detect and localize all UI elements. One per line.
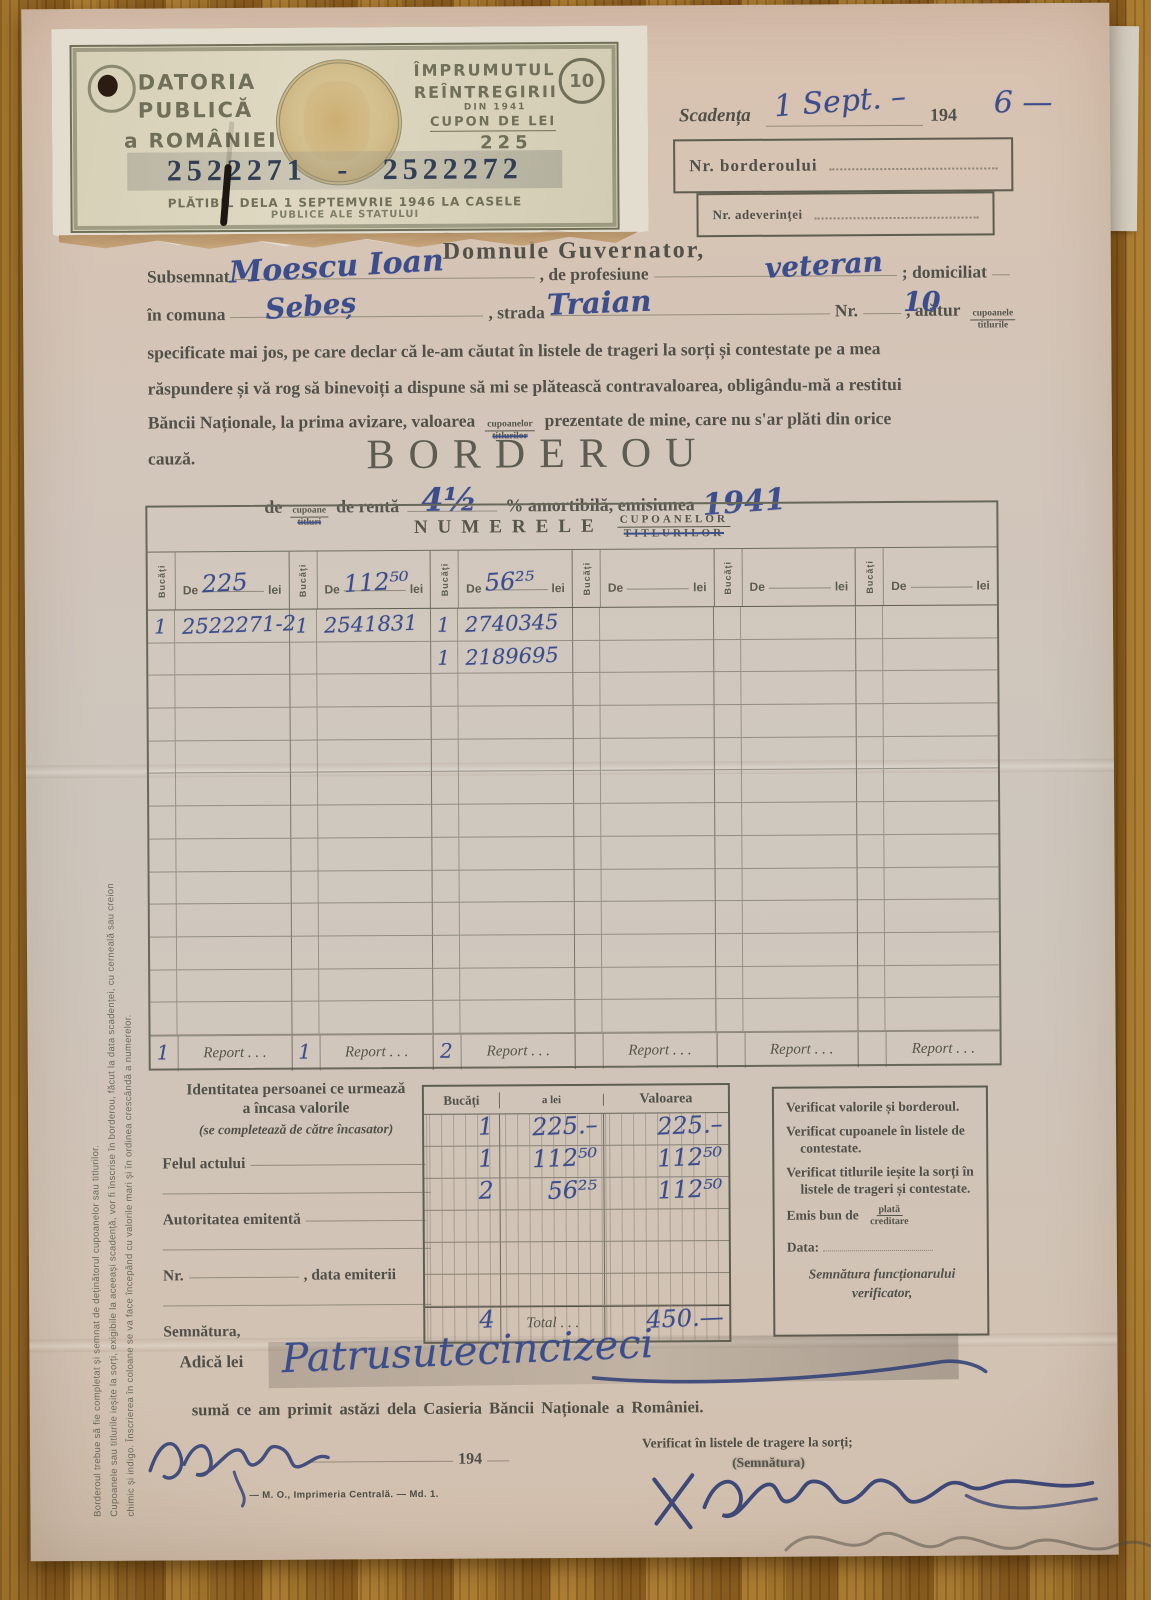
denomination-handwritten: 112⁵⁰ [343, 566, 410, 598]
table-cell-number [459, 837, 574, 870]
table-cell-bucati [433, 903, 460, 936]
mini-table-row [425, 1273, 729, 1307]
bucati-header: Bucăți [289, 552, 317, 609]
de-lei-line: Delei [608, 580, 707, 595]
stamp-right-line: ÎMPRUMUTUL [414, 60, 556, 80]
nr-data-line: Nr. , data emiterii [163, 1266, 431, 1286]
bucati-handwritten: 1 [437, 645, 450, 669]
table-cell-number [175, 675, 290, 708]
identity-title-2: a încasa valorile [162, 1098, 430, 1119]
stamp-right-line: CUPON DE LEI [430, 114, 556, 132]
nr-handwritten: 10 [903, 287, 941, 318]
mini-table-cell: 1 [424, 1114, 500, 1145]
mini-table-value-handwritten: 112⁵⁰ [532, 1143, 598, 1174]
de-label: De [749, 580, 764, 594]
data-label: Data: [787, 1239, 819, 1254]
table-cell-number [600, 705, 715, 738]
de-label: De [324, 582, 339, 596]
table-cell-bucati [290, 708, 317, 741]
report-bucati [717, 1033, 745, 1068]
mini-table-row: 1112⁵⁰112⁵⁰ [424, 1145, 728, 1179]
fraction-bottom: creditare [870, 1216, 909, 1228]
table-cell-bucati [857, 835, 884, 868]
table-cell-number [882, 605, 997, 638]
bucati-header: Bucăți [148, 552, 176, 609]
blank-line [163, 1290, 431, 1307]
mini-table-row [425, 1241, 729, 1275]
table-cell-bucati [856, 671, 883, 704]
table-cell-bucati: 1 [148, 610, 175, 643]
mini-table-cell [501, 1274, 605, 1306]
table-cell-number [177, 871, 292, 904]
numbers-table: NUMERELE CUPOANELOR TITLURILOR BucățiDel… [145, 500, 1001, 1070]
table-cell-number [458, 673, 573, 706]
blank-line [163, 1234, 431, 1251]
table-cell-bucati [857, 933, 884, 966]
mini-table-row: 256²⁵112⁵⁰ [424, 1177, 728, 1211]
table-cell-number [177, 969, 292, 1002]
table-cell-number [884, 867, 999, 900]
table-cell-bucati [716, 901, 743, 934]
bucati-header: Bucăți [431, 551, 459, 608]
table-cell-bucati [148, 643, 175, 676]
table-cell-bucati [573, 706, 600, 739]
lei-label: lei [551, 581, 564, 595]
column-group: BucățiDelei56²⁵ [431, 550, 573, 608]
table-cell-number [742, 704, 857, 737]
fraction-bottom: titlurile [978, 320, 1009, 331]
report-group: 2Report . . . [434, 1034, 576, 1070]
mini-table-cell [425, 1274, 501, 1305]
emis-bun-line: Emis bun de plată creditare [787, 1203, 977, 1228]
lei-label: lei [976, 578, 989, 592]
table-cell-bucati [715, 738, 742, 771]
table-cell-bucati [572, 608, 599, 641]
table-cell-number [884, 802, 999, 835]
table-cell-number: 2541831 [316, 609, 431, 642]
value-header: Delei112⁵⁰ [317, 551, 430, 609]
emis-bun-label: Emis bun de [787, 1207, 859, 1222]
mini-table-value-handwritten: 2 [478, 1176, 494, 1205]
intro-line-1: Subsemnat , de profesiune ; domiciliat M… [147, 261, 1015, 287]
borderou-form-paper: Domnule Guvernator, DATORIA PUBLICĂ a RO… [21, 3, 1118, 1562]
nr-borderoului-box: Nr. borderoului [673, 137, 1013, 193]
scadenta-year-printed: 194 [930, 105, 957, 126]
table-cell-number [318, 903, 433, 936]
table-cell-bucati [291, 806, 318, 839]
table-cell-bucati [858, 998, 885, 1031]
table-cell-number [884, 932, 999, 965]
table-cell-number [883, 671, 998, 704]
table-cell-number [459, 771, 574, 804]
report-label: Report . . . [887, 1031, 1000, 1067]
fraction-top: plată [876, 1204, 902, 1217]
column-group: BucățiDelei [856, 547, 997, 605]
total-value-handwritten: 450.— [645, 1303, 724, 1334]
table-cell-bucati [432, 772, 459, 805]
stamp-title-line: a ROMÂNIEI [124, 128, 278, 153]
lei-label: lei [268, 583, 281, 597]
identity-section: Identitatea persoanei ce urmează a încas… [162, 1079, 432, 1341]
table-cell-bucati [715, 836, 742, 869]
de-label: De [891, 579, 906, 593]
table-cell-bucati [715, 705, 742, 738]
number-handwritten: 2541831 [323, 611, 417, 638]
verifier-signature-label-1: Semnătura funcționarului [809, 1266, 956, 1282]
numbers-table-header: NUMERELE CUPOANELOR TITLURILOR [147, 502, 996, 552]
table-cell-number [601, 803, 716, 836]
report-bucati-handwritten: 1 [298, 1040, 311, 1064]
table-cell-number [743, 900, 858, 933]
column-headers-row: BucățiDelei225BucățiDelei112⁵⁰BucățiDele… [148, 547, 997, 610]
value-header: Delei [601, 549, 714, 607]
denomination-handwritten: 225 [201, 568, 248, 599]
bucati-header: Bucăți [573, 550, 601, 607]
fraction-bottom-struck: TITLURILOR [624, 527, 724, 540]
table-cell-bucati [856, 770, 883, 803]
table-cell-number [741, 639, 856, 672]
blank-line [627, 588, 689, 589]
nr-adeverintei-label: Nr. adeverinței [712, 207, 802, 224]
plata-creditare-fraction: plată creditare [870, 1204, 909, 1228]
number-handwritten: 2740345 [465, 610, 559, 637]
table-cell-number [319, 1001, 434, 1034]
mini-table-cell [605, 1241, 729, 1273]
data-line: Data: [787, 1237, 977, 1256]
table-cell-bucati [149, 839, 176, 872]
blank-line [306, 1220, 426, 1222]
table-cell-number [883, 769, 998, 802]
table-cell-bucati [291, 936, 318, 969]
table-cell-bucati [149, 741, 176, 774]
mini-table-cell: 225.– [604, 1113, 728, 1145]
bucati-label: Bucăți [440, 562, 450, 596]
table-cell-number [883, 736, 998, 769]
column-group: BucățiDelei [714, 548, 856, 606]
report-group: Report . . . [859, 1031, 1000, 1067]
table-cell-bucati: 1 [431, 641, 458, 674]
intro-line-2: în comuna , strada Nr. , alătur cupoanel… [147, 299, 1015, 336]
profession-handwritten: veteran [764, 245, 884, 285]
table-cell-number [176, 740, 291, 773]
intro-line-4: răspundere și vă rog să binevoiți a disp… [148, 373, 1016, 399]
printer-imprint: — M. O., Imprimeria Centrală. — Md. 1. [249, 1489, 438, 1501]
table-cell-bucati [574, 869, 601, 902]
table-cell-bucati [433, 936, 460, 969]
table-cell-number [742, 835, 857, 868]
report-group: 1Report . . . [151, 1036, 293, 1072]
felul-actului-line: Felul actului [162, 1154, 430, 1174]
total-label: Total . . . [501, 1307, 604, 1340]
stamp-title-line: DATORIA [138, 70, 257, 95]
nr-borderoului-label: Nr. borderoului [689, 155, 817, 176]
report-bucati [576, 1034, 604, 1069]
table-cell-bucati [291, 904, 318, 937]
table-cell-number [883, 703, 998, 736]
table-cell-number [743, 998, 858, 1031]
table-cell-number [460, 869, 575, 902]
numerele-label: NUMERELE [414, 516, 604, 539]
table-cell-number [600, 640, 715, 673]
table-cell-bucati [856, 737, 883, 770]
table-cell-bucati [574, 837, 601, 870]
report-bucati: 1 [292, 1036, 320, 1071]
table-cell-bucati [574, 902, 601, 935]
mini-table-cell: 112⁵⁰ [604, 1177, 728, 1209]
table-cell-number [885, 998, 1000, 1031]
salutation: Domnule Guvernator, [443, 237, 706, 266]
mini-table-value-handwritten: 1 [477, 1144, 493, 1173]
bucati-handwritten: 1 [295, 614, 308, 638]
fraction-top: CUPOANELOR [618, 513, 730, 527]
de-label: De [466, 582, 481, 596]
table-cell-bucati [432, 805, 459, 838]
nr-adeverintei-box: Nr. adeverinței [696, 191, 994, 237]
table-cell-number [884, 834, 999, 867]
table-cell-number [884, 900, 999, 933]
blank [992, 274, 1010, 275]
blank-line [189, 1276, 299, 1278]
table-cell-number [318, 870, 433, 903]
report-bucati: 1 [151, 1036, 179, 1071]
table-cell-bucati [291, 838, 318, 871]
mini-table-cell: 112⁵⁰ [500, 1146, 604, 1178]
table-cell-number [177, 937, 292, 970]
table-cell-bucati [292, 1002, 319, 1035]
table-cell-bucati [292, 969, 319, 1002]
value-header: Delei225 [176, 552, 289, 610]
table-cell-number [318, 805, 433, 838]
margin-instructions: Borderoul trebue să fie completat și sem… [84, 507, 146, 1517]
de-label: De [608, 581, 623, 595]
mini-table-cell: 2 [424, 1178, 500, 1209]
mini-table-cell [605, 1209, 729, 1241]
intro-line-3: specificate mai jos, pe care declar că l… [147, 337, 1015, 363]
table-cell-bucati [149, 807, 176, 840]
table-cell-number: 2740345 [458, 608, 573, 641]
table-cell-bucati [432, 837, 459, 870]
year-printed: 194 [458, 1451, 482, 1469]
cupoanele-titlurile-fraction: cupoanele titlurile [970, 308, 1015, 331]
mini-table-header: Valoarea [604, 1091, 728, 1108]
number-handwritten: 2522271-2 [182, 611, 297, 639]
table-cell-bucati [575, 967, 602, 1000]
report-row: 1Report . . .1Report . . .2Report . . .R… [151, 1030, 1000, 1071]
strada-label: , strada [488, 302, 545, 323]
lei-label: lei [835, 579, 848, 593]
lei-label: lei [693, 580, 706, 594]
table-cell-number [317, 674, 432, 707]
number-handwritten: 2189695 [465, 643, 559, 670]
data-emiterii-label: , data emiterii [303, 1266, 396, 1285]
serial-numbers: 2522271 - 2522272 [72, 152, 617, 189]
table-cell-bucati [715, 770, 742, 803]
mini-table-cell [501, 1242, 605, 1274]
table-cell-number [317, 707, 432, 740]
mini-table-value-handwritten: 56²⁵ [547, 1175, 598, 1205]
table-cell-bucati [433, 968, 460, 1001]
total-label-cell: Total . . . [501, 1307, 605, 1342]
table-cell-number [319, 968, 434, 1001]
table-cell-number [176, 806, 291, 839]
table-cell-bucati: 1 [431, 609, 458, 642]
mini-table-value-handwritten: 225.– [531, 1111, 598, 1142]
table-cell-bucati [574, 935, 601, 968]
mini-table-value-handwritten: 1 [477, 1112, 493, 1141]
report-group: Report . . . [576, 1033, 718, 1069]
report-bucati [859, 1032, 887, 1067]
in-comuna-label: în comuna [147, 304, 225, 325]
table-cell-bucati [290, 773, 317, 806]
table-cell-bucati [149, 774, 176, 807]
column-group: BucățiDelei112⁵⁰ [289, 551, 431, 609]
table-cell-number [742, 802, 857, 835]
nr-adeverintei-blank [815, 216, 979, 219]
table-cell-number [742, 737, 857, 770]
table-cell-bucati [150, 970, 177, 1003]
table-cell-bucati [290, 642, 317, 675]
table-cell-number [743, 868, 858, 901]
mini-table-cell: 1 [424, 1146, 500, 1177]
table-cell-number [460, 902, 575, 935]
table-cell-number [743, 933, 858, 966]
table-cell-bucati [714, 640, 741, 673]
scadenta-year-handwritten: 6 — [994, 85, 1053, 120]
blank-line [911, 587, 973, 588]
mini-table-cell: 225.– [500, 1114, 604, 1146]
table-cell-bucati [716, 967, 743, 1000]
verify-line: Verificat valorile și borderoul. [786, 1098, 976, 1117]
report-label: Report . . . [462, 1034, 575, 1070]
bucati-label: Bucăți [865, 560, 875, 594]
table-cell-bucati [573, 771, 600, 804]
bucati-label: Bucăți [156, 564, 166, 598]
blank-line [162, 1178, 430, 1195]
total-bucati-handwritten: 4 [478, 1305, 494, 1334]
stamp-right-line: DIN 1941 [464, 102, 527, 112]
comuna-handwritten: Sebeș [264, 286, 357, 326]
table-cell-bucati [431, 674, 458, 707]
blank-line [250, 1164, 425, 1166]
table-cell-number [177, 904, 292, 937]
table-cell-bucati [290, 675, 317, 708]
table-cell-number [601, 869, 716, 902]
autoritatea-line: Autoritatea emitentă [163, 1210, 431, 1230]
identity-title: Identitatea persoanei ce urmează [162, 1079, 430, 1100]
table-cell-number [602, 967, 717, 1000]
value-header: Delei [742, 548, 855, 606]
table-cell-number [601, 836, 716, 869]
ink-underline-flourish [589, 1351, 989, 1389]
blank-line [822, 1250, 932, 1252]
subsemnat-label: Subsemnat [147, 266, 230, 288]
scadenta-blank [766, 125, 923, 127]
report-bucati-handwritten: 1 [157, 1040, 170, 1064]
report-bucati: 2 [434, 1035, 462, 1070]
table-cell-number [459, 739, 574, 772]
cupoanelor-titlurilor-header-fraction: CUPOANELOR TITLURILOR [618, 513, 730, 540]
table-cell-bucati [433, 1001, 460, 1034]
mini-table-cell [425, 1210, 501, 1241]
table-cell-bucati [432, 739, 459, 772]
bucati-label: Bucăți [298, 563, 308, 597]
year-blank [487, 1460, 509, 1461]
mini-table-row: 1225.–225.– [424, 1113, 728, 1147]
mini-table-header-row: Bucăția leiValoarea [424, 1085, 728, 1115]
de-label: De [183, 583, 198, 597]
table-cell-bucati [715, 803, 742, 836]
scadenta-label: Scadența [679, 105, 751, 127]
table-cell-number [177, 1002, 292, 1035]
table-cell-number [317, 642, 432, 675]
value-header: Delei56²⁵ [459, 550, 572, 608]
column-group: BucățiDelei225 [148, 552, 290, 610]
table-cell-number [459, 706, 574, 739]
value-header: Delei [884, 547, 997, 605]
table-cell-bucati [574, 804, 601, 837]
domiciliat-label: ; domiciliat [902, 261, 987, 283]
scadenta-handwritten: 1 Sept. – [773, 79, 908, 124]
table-cell-number [460, 935, 575, 968]
table-cell-bucati [856, 704, 883, 737]
table-cell-bucati [857, 868, 884, 901]
report-label: Report . . . [745, 1032, 858, 1068]
nr-blank [863, 313, 901, 314]
table-cell-number [317, 740, 432, 773]
table-cell-bucati [716, 934, 743, 967]
mini-table-value-handwritten: 112⁵⁰ [657, 1174, 723, 1205]
blank-line [769, 587, 831, 588]
ink-blot [98, 75, 118, 97]
table-cell-bucati [855, 606, 882, 639]
verification-box: Verificat valorile și borderoul. Verific… [772, 1085, 990, 1336]
place-blank [309, 1461, 453, 1463]
table-cell-bucati [149, 708, 176, 741]
report-group: Report . . . [717, 1032, 859, 1068]
strada-handwritten: Traian [546, 284, 652, 322]
verifier-signature-label: Semnătura funcționarului verificator, [787, 1265, 977, 1303]
table-cell-bucati [150, 872, 177, 905]
table-cell-number: 2189695 [458, 641, 573, 674]
table-cell-number [317, 772, 432, 805]
autoritatea-label: Autoritatea emitentă [163, 1210, 301, 1229]
identity-subtitle: (se completează de către încasator) [162, 1121, 430, 1139]
mini-table-value-handwritten: 225.– [656, 1110, 723, 1141]
table-cell-number [176, 839, 291, 872]
fraction-top: cupoanele [970, 308, 1015, 320]
mini-table-value-handwritten: 112⁵⁰ [657, 1142, 723, 1173]
table-cell-number [176, 708, 291, 741]
table-cell-bucati [433, 870, 460, 903]
table-cell-bucati [716, 868, 743, 901]
report-label: Report . . . [604, 1033, 717, 1069]
bucati-header: Bucăți [856, 548, 884, 605]
lei-label: lei [410, 582, 423, 596]
denomination-handwritten: 56²⁵ [484, 566, 535, 597]
table-cell-number [742, 770, 857, 803]
table-cell-bucati [150, 937, 177, 970]
verify-line: Verificat cupoanele în listele de contes… [786, 1121, 976, 1157]
table-cell-bucati [714, 672, 741, 705]
verifier-signature-label-2: verificator, [852, 1284, 912, 1299]
table-cell-bucati [716, 999, 743, 1032]
table-cell-number [318, 936, 433, 969]
table-cell-number [885, 965, 1000, 998]
mini-table-cell [605, 1273, 729, 1305]
report-label: Report . . . [179, 1036, 292, 1072]
table-cell-number [460, 1000, 575, 1033]
table-cell-number [743, 966, 858, 999]
